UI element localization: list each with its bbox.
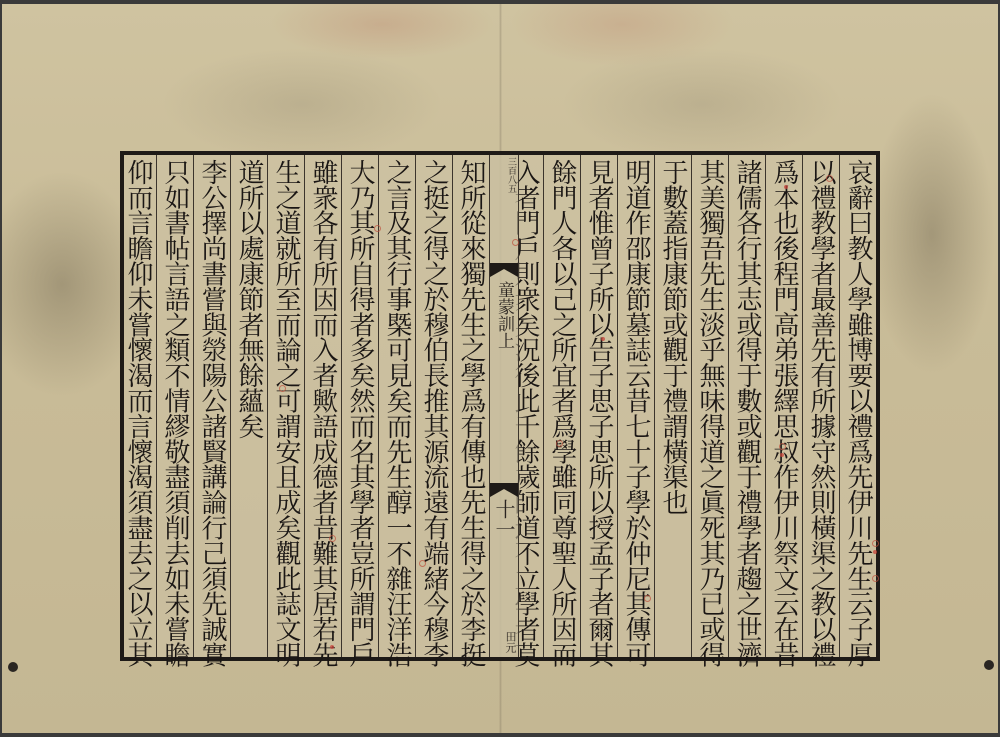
leaf-number: 十一 <box>490 499 518 539</box>
text-column: 明道作邵康節墓誌云昔七十子學於仲尼其傳可 <box>617 155 654 657</box>
red-punctuation-circle <box>419 560 426 567</box>
binding-hole-right <box>984 660 994 670</box>
red-punctuation-circle <box>644 595 651 602</box>
text-column: 之言及其行事槩可見矣而先生醇一不雜汪洋浩 <box>378 155 415 657</box>
text-column: 道所以處康節者無餘蘊矣 <box>230 155 267 657</box>
lower-fish-tail-mark <box>490 483 518 497</box>
red-punctuation-circle <box>556 440 563 447</box>
red-punctuation-circle <box>279 385 286 392</box>
text-column: 其美獨吾先生淡乎無味得道之眞死其乃已或得 <box>691 155 728 657</box>
printed-frame: 哀辭曰教人學雖博要以禮爲先伊川先生云子厚 以禮教學者最善先有所據守然則橫渠之教以… <box>120 151 880 661</box>
column-text: 諸儒各行其志或得于數或觀于禮學者趨之世濟 <box>729 159 765 667</box>
text-column: 仰而言瞻仰未嘗懷渴而言懷渴須盡去之以立其 <box>120 155 156 657</box>
text-column: 只如書帖言語之類不情繆敬盡須削去如未嘗瞻 <box>156 155 193 657</box>
text-column: 之挺之得之於穆伯長推其源流遠有端緒今穆李 <box>415 155 452 657</box>
column-text: 明道作邵康節墓誌云昔七十子學於仲尼其傳可 <box>618 159 654 667</box>
column-text: 道所以處康節者無餘蘊矣 <box>231 159 267 438</box>
red-punctuation-dot <box>601 337 605 341</box>
column-text: 于數蓋指康節或觀于禮謂橫渠也 <box>655 159 691 515</box>
red-punctuation-dot <box>780 453 784 457</box>
carver-name: 田元 <box>490 631 518 653</box>
left-half-leaf: 知所從來獨先生之學爲有傳也先生得之於李挺 之挺之得之於穆伯長推其源流遠有端緒今穆… <box>124 155 489 657</box>
column-text: 其美獨吾先生淡乎無味得道之眞死其乃已或得 <box>692 159 728 667</box>
red-punctuation-circle <box>872 540 879 547</box>
column-text: 只如書帖言語之類不情繆敬盡須削去如未嘗瞻 <box>157 159 193 667</box>
text-column: 李公擇尚書嘗與滎陽公諸賢講論行己須先誠實 <box>193 155 230 657</box>
column-text: 大乃其所自得者多矣然而名其學者豈所謂門戶 <box>342 159 378 667</box>
column-text: 仰而言瞻仰未嘗懷渴而言懷渴須盡去之以立其 <box>120 159 156 667</box>
red-punctuation-dot <box>330 645 334 649</box>
text-column: 爲本也後程門高弟張繹思叔作伊川祭文云在昔 <box>765 155 802 657</box>
text-column: 以禮教學者最善先有所據守然則橫渠之教以禮 <box>802 155 839 657</box>
red-punctuation-circle <box>512 239 519 246</box>
book-title: 童蒙訓上 <box>490 281 518 349</box>
banxin-center-column: 三百八五 童蒙訓上 十一 田元 <box>489 155 519 657</box>
text-column: 大乃其所自得者多矣然而名其學者豈所謂門戶 <box>341 155 378 657</box>
column-text: 以禮教學者最善先有所據守然則橫渠之教以禮 <box>803 159 839 667</box>
column-text: 雖衆各有所因而入者歟語成德者昔難其居若先 <box>305 159 341 667</box>
red-punctuation-circle <box>329 535 336 542</box>
column-text: 見者惟曾子所以告子思子思所以授孟子者爾其 <box>581 159 617 667</box>
column-text: 餘門人各以己之所宜者爲學雖同尊聖人所因而 <box>544 159 580 667</box>
upper-fish-tail-mark <box>490 263 518 277</box>
column-text: 之挺之得之於穆伯長推其源流遠有端緒今穆李 <box>416 159 452 667</box>
column-text: 爲本也後程門高弟張繹思叔作伊川祭文云在昔 <box>766 159 802 667</box>
red-punctuation-circle <box>872 575 879 582</box>
red-punctuation-circle <box>374 225 381 232</box>
page-count-label: 三百八五 <box>490 157 518 193</box>
red-punctuation-dot <box>784 185 788 189</box>
text-column: 諸儒各行其志或得于數或觀于禮學者趨之世濟 <box>728 155 765 657</box>
column-text: 知所從來獨先生之學爲有傳也先生得之於李挺 <box>453 159 489 667</box>
book-page-spread: 哀辭曰教人學雖博要以禮爲先伊川先生云子厚 以禮教學者最善先有所據守然則橫渠之教以… <box>2 4 998 733</box>
text-column: 于數蓋指康節或觀于禮謂橫渠也 <box>654 155 691 657</box>
text-column: 知所從來獨先生之學爲有傳也先生得之於李挺 <box>452 155 489 657</box>
red-punctuation-dot <box>873 550 877 554</box>
column-text: 之言及其行事槩可見矣而先生醇一不雜汪洋浩 <box>379 159 415 667</box>
column-text: 生之道就所至而論之可謂安且成矣觀此誌文明 <box>268 159 304 667</box>
binding-hole-left <box>8 662 18 672</box>
text-column: 雖衆各有所因而入者歟語成德者昔難其居若先 <box>304 155 341 657</box>
text-column: 餘門人各以己之所宜者爲學雖同尊聖人所因而 <box>543 155 580 657</box>
text-column: 生之道就所至而論之可謂安且成矣觀此誌文明 <box>267 155 304 657</box>
column-text: 哀辭曰教人學雖博要以禮爲先伊川先生云子厚 <box>840 159 876 667</box>
red-punctuation-circle <box>826 175 833 182</box>
red-punctuation-circle <box>779 443 786 450</box>
text-column: 哀辭曰教人學雖博要以禮爲先伊川先生云子厚 <box>839 155 876 657</box>
text-column: 見者惟曾子所以告子思子思所以授孟子者爾其 <box>580 155 617 657</box>
column-text: 李公擇尚書嘗與滎陽公諸賢講論行己須先誠實 <box>194 159 230 667</box>
right-half-leaf: 哀辭曰教人學雖博要以禮爲先伊川先生云子厚 以禮教學者最善先有所據守然則橫渠之教以… <box>515 155 876 657</box>
